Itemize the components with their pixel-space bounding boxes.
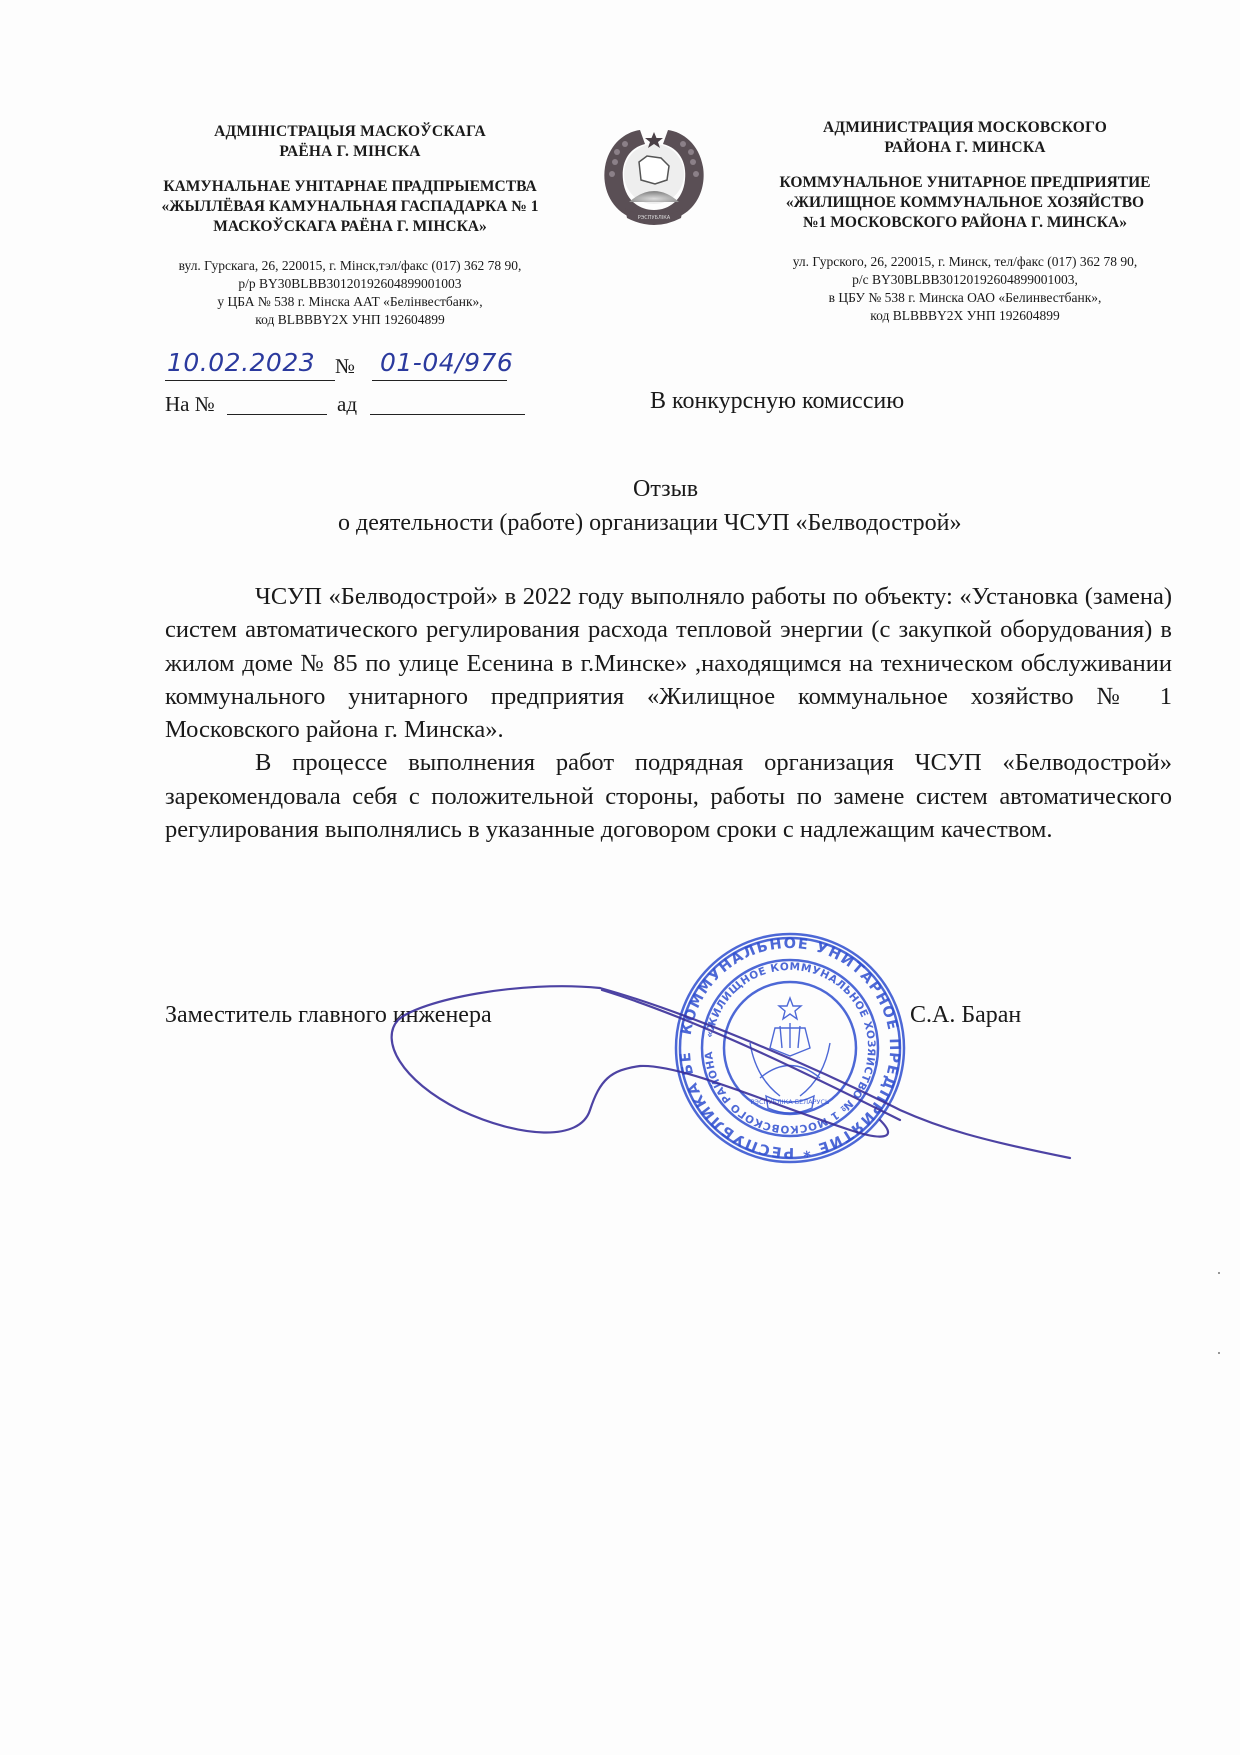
title-line-2: о деятельности (работе) организации ЧСУП… — [338, 510, 962, 537]
header-right-title-line: АДМИНИСТРАЦИЯ МОСКОВСКОГО — [740, 118, 1190, 138]
header-right-org: КОММУНАЛЬНОЕ УНИТАРНОЕ ПРЕДПРИЯТИЕ «ЖИЛИ… — [740, 173, 1190, 233]
handwritten-signature — [380, 960, 1080, 1160]
body-paragraph: В процессе выполнения работ подрядная ор… — [165, 746, 1172, 846]
reference-number-blank — [227, 414, 327, 415]
header-right-address-line: код BLBBBY2X УНП 192604899 — [740, 307, 1190, 325]
header-right-title: АДМИНИСТРАЦИЯ МОСКОВСКОГО РАЙОНА Г. МИНС… — [740, 118, 1190, 158]
addressee: В конкурсную комиссию — [650, 388, 904, 415]
header-right-org-line: №1 МОСКОВСКОГО РАЙОНА Г. МИНСКА» — [740, 213, 1190, 233]
header-left-title-line: АДМІНІСТРАЦЫЯ МАСКОЎСКАГА — [120, 122, 580, 142]
header-right-address-line: р/с BY30BLBB30120192604899001003, — [740, 271, 1190, 289]
number-underline — [372, 380, 507, 381]
header-left-address-line: р/р BY30BLBB30120192604899001003 — [120, 275, 580, 293]
reference-date-label: ад — [337, 392, 357, 417]
letter-page: АДМІНІСТРАЦЫЯ МАСКОЎСКАГА РАЁНА Г. МІНСК… — [0, 0, 1240, 1755]
header-left-belarusian: АДМІНІСТРАЦЫЯ МАСКОЎСКАГА РАЁНА Г. МІНСК… — [120, 122, 580, 329]
header-right-title-line: РАЙОНА Г. МИНСКА — [740, 138, 1190, 158]
header-right-address-line: в ЦБУ № 538 г. Минска ОАО «Белинвестбанк… — [740, 289, 1190, 307]
belarus-coat-of-arms-icon: РЭСПУБЛІКА — [595, 122, 713, 232]
registration-number: 01-04/976 — [380, 348, 513, 377]
date-underline — [165, 380, 335, 381]
header-right-address: ул. Гурского, 26, 220015, г. Минск, тел/… — [740, 253, 1190, 325]
header-left-address-line: у ЦБА № 538 г. Мінска ААТ «Белінвестбанк… — [120, 293, 580, 311]
header-left-address: вул. Гурскага, 26, 220015, г. Мінск,тэл/… — [120, 257, 580, 329]
header-left-address-line: вул. Гурскага, 26, 220015, г. Мінск,тэл/… — [120, 257, 580, 275]
reference-number-label: На № — [165, 392, 215, 417]
title-line-1: Отзыв — [633, 476, 698, 503]
number-label: № — [335, 354, 355, 379]
header-right-org-line: КОММУНАЛЬНОЕ УНИТАРНОЕ ПРЕДПРИЯТИЕ — [740, 173, 1190, 193]
header-right-org-line: «ЖИЛИЩНОЕ КОММУНАЛЬНОЕ ХОЗЯЙСТВО — [740, 193, 1190, 213]
svg-text:РЭСПУБЛІКА: РЭСПУБЛІКА — [638, 215, 671, 221]
registration-date: 10.02.2023 — [167, 348, 315, 377]
scan-speck — [1218, 1352, 1220, 1354]
letter-body: ЧСУП «Белводострой» в 2022 году выполнял… — [165, 580, 1172, 846]
header-left-title: АДМІНІСТРАЦЫЯ МАСКОЎСКАГА РАЁНА Г. МІНСК… — [120, 122, 580, 162]
header-left-org-line: «ЖЫЛЛЁВАЯ КАМУНАЛЬНАЯ ГАСПАДАРКА № 1 — [120, 197, 580, 217]
header-left-org-line: КАМУНАЛЬНАЕ УНІТАРНАЕ ПРАДПРЫЕМСТВА — [120, 177, 580, 197]
header-right-address-line: ул. Гурского, 26, 220015, г. Минск, тел/… — [740, 253, 1190, 271]
body-paragraph: ЧСУП «Белводострой» в 2022 году выполнял… — [165, 580, 1172, 746]
reference-date-blank — [370, 414, 525, 415]
header-right-russian: АДМИНИСТРАЦИЯ МОСКОВСКОГО РАЙОНА Г. МИНС… — [740, 118, 1190, 325]
registration-block: 10.02.2023 № 01-04/976 На № ад — [165, 352, 565, 424]
header-left-address-line: код BLBBBY2X УНП 192604899 — [120, 311, 580, 329]
header-left-org: КАМУНАЛЬНАЕ УНІТАРНАЕ ПРАДПРЫЕМСТВА «ЖЫЛ… — [120, 177, 580, 237]
scan-speck — [1218, 1272, 1220, 1274]
header-left-title-line: РАЁНА Г. МІНСКА — [120, 142, 580, 162]
header-left-org-line: МАСКОЎСКАГА РАЁНА Г. МІНСКА» — [120, 217, 580, 237]
